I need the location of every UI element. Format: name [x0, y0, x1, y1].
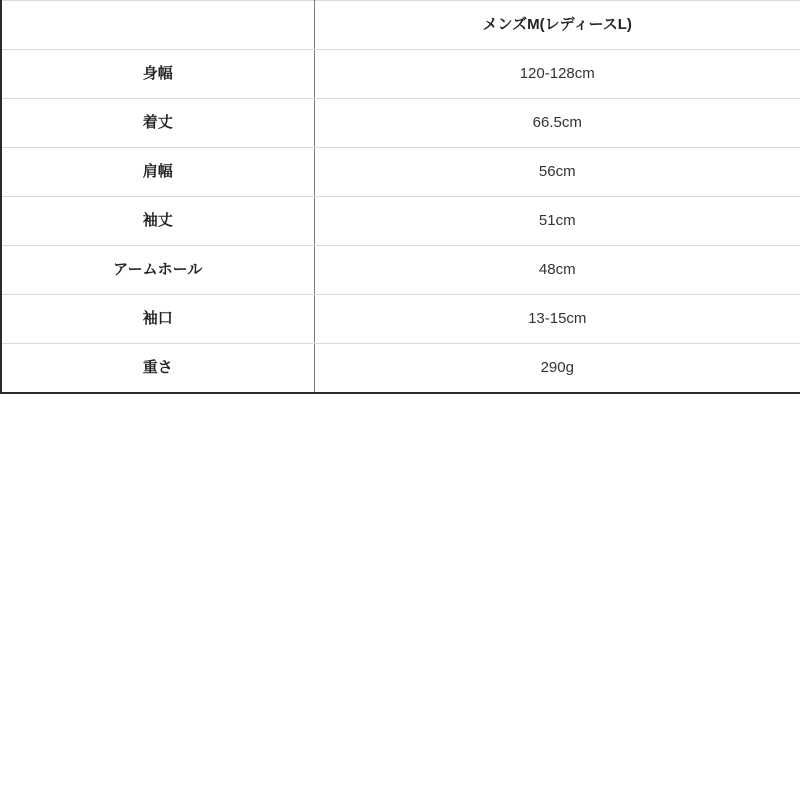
- row-value-weight: 290g: [314, 344, 800, 394]
- size-chart-table: メンズM(レディースL) 身幅 120-128cm 着丈 66.5cm 肩幅 5…: [0, 0, 800, 394]
- row-label-body-width: 身幅: [1, 50, 314, 99]
- header-size-label: メンズM(レディースL): [314, 1, 800, 50]
- row-value-length: 66.5cm: [314, 99, 800, 148]
- table-row: アームホール 48cm: [1, 246, 800, 295]
- row-value-armhole: 48cm: [314, 246, 800, 295]
- row-label-armhole: アームホール: [1, 246, 314, 295]
- header-corner-cell: [1, 1, 314, 50]
- table-row: 肩幅 56cm: [1, 148, 800, 197]
- row-label-length: 着丈: [1, 99, 314, 148]
- row-label-sleeve-length: 袖丈: [1, 197, 314, 246]
- header-row: メンズM(レディースL): [1, 1, 800, 50]
- table-row: 袖口 13-15cm: [1, 295, 800, 344]
- row-label-shoulder-width: 肩幅: [1, 148, 314, 197]
- table-row: 身幅 120-128cm: [1, 50, 800, 99]
- row-value-shoulder-width: 56cm: [314, 148, 800, 197]
- row-label-weight: 重さ: [1, 344, 314, 394]
- table-row: 袖丈 51cm: [1, 197, 800, 246]
- row-value-body-width: 120-128cm: [314, 50, 800, 99]
- row-value-cuff: 13-15cm: [314, 295, 800, 344]
- row-label-cuff: 袖口: [1, 295, 314, 344]
- row-value-sleeve-length: 51cm: [314, 197, 800, 246]
- table-row: 重さ 290g: [1, 344, 800, 394]
- table-row: 着丈 66.5cm: [1, 99, 800, 148]
